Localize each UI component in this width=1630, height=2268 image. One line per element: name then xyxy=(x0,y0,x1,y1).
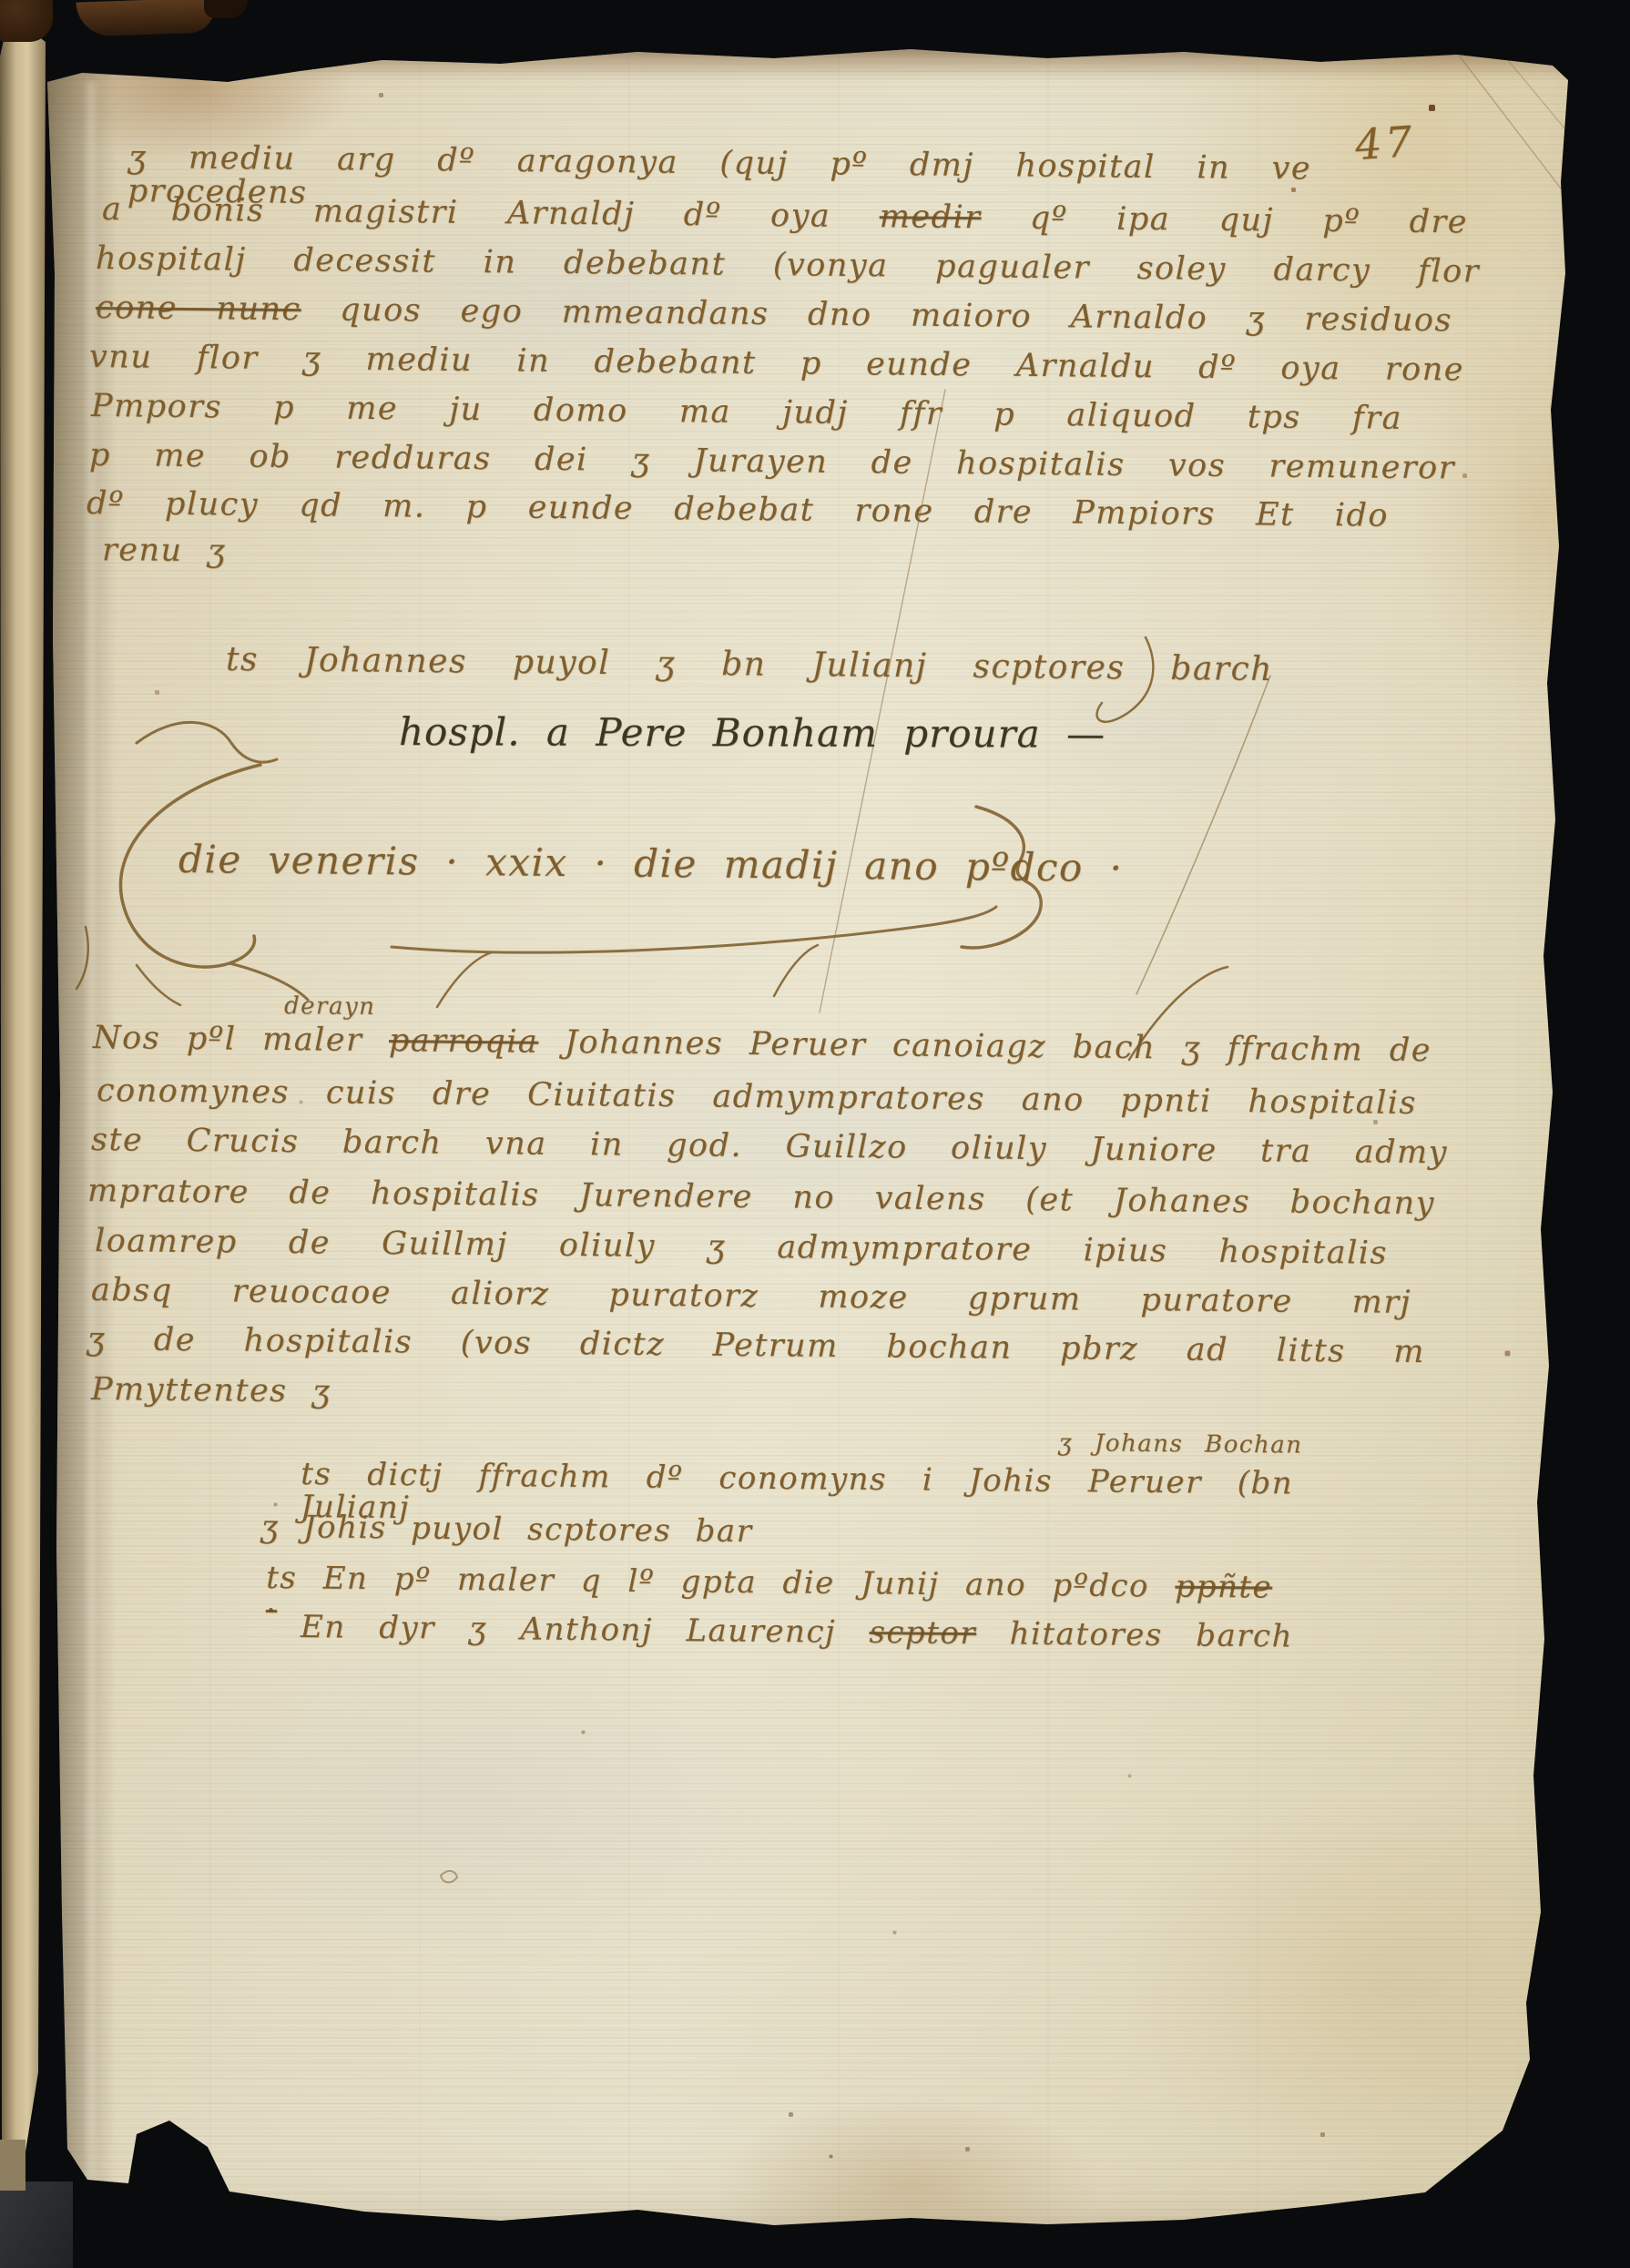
witness-note-1: ts Johannes puyol ʒ bn Julianj scptores … xyxy=(226,643,1273,687)
account-line-8: dº plucy qd m. p eunde debebat rone dre … xyxy=(87,487,1389,533)
slash-flourish-5 xyxy=(137,965,180,1005)
slash-flourish-2 xyxy=(774,945,818,996)
witness-long-descender xyxy=(1136,676,1270,994)
left-s-flourish xyxy=(137,722,277,762)
witness2-line-4-post: hitatores barch xyxy=(976,1615,1293,1654)
procura-note: hospl. a Pere Bonham proura — xyxy=(399,712,1105,755)
mandate-line-3: ste Crucis barch vna in god. Guillzo oli… xyxy=(91,1124,1448,1170)
mandate-line-4: mpratore de hospitalis Jurendere no vale… xyxy=(87,1175,1435,1221)
mandate-line-7: ʒ de hospitalis (vos dictz Petrum bochan… xyxy=(87,1323,1425,1369)
account-line-4-struck: cone nunc xyxy=(96,290,301,328)
binding-leather-remnant-2 xyxy=(76,0,215,37)
witness2-line-4-pre: En dyr ʒ Anthonj Laurencj xyxy=(301,1609,870,1651)
account-line-3: hospitalj decessit in debebant (vonya pa… xyxy=(96,242,1480,289)
witness2-line-3-pre: ts En pº maler q lº gpta die Junij ano p… xyxy=(266,1560,1176,1605)
account-line-7: p me ob redduras dei ʒ Jurayen de hospit… xyxy=(89,439,1455,485)
account-line-5: vnu flor ʒ mediu in debebant p eunde Arn… xyxy=(89,341,1464,387)
witness2-line-4: En dyr ʒ Anthonj Laurencj scptor hitator… xyxy=(301,1612,1293,1653)
previous-page-edge xyxy=(0,15,46,2192)
account-line-9: renu ʒ xyxy=(102,534,227,568)
mandate-line-1-pre: Nos pºl maler xyxy=(93,1020,389,1059)
slash-flourish-1 xyxy=(437,952,492,1007)
mandate-line-6: absq reuocaoe aliorz puratorz moze gprum… xyxy=(91,1274,1411,1320)
mandate-line-2: conomynes cuis dre Ciuitatis admymprator… xyxy=(97,1074,1417,1121)
mandate-line-1-post: Johannes Peruer canoiagz bach ʒ ffrachm … xyxy=(538,1024,1431,1069)
date-underline-sweep xyxy=(392,907,996,952)
folio-number: 47 xyxy=(1353,117,1417,170)
account-line-6: Pmpors p me ju domo ma judj ffr p aliquo… xyxy=(91,390,1402,436)
witness2-line-2: ʒ Johis puyol scptores bar xyxy=(260,1511,753,1549)
book-board-edge xyxy=(0,2182,73,2268)
photograph-stage: 47 ʒ mediu arg dº aragonya (quj pº dmj h… xyxy=(0,0,1630,2268)
mandate-line-5: loamrep de Guillmj oliuly ʒ admympratore… xyxy=(95,1225,1388,1270)
account-line-2-post: qº ipa quj pº dre xyxy=(981,199,1468,240)
account-line-4-post: quos ego mmeandans dno maioro Arnaldo ʒ … xyxy=(301,291,1452,339)
mandate-line-1-struck: parroqia xyxy=(389,1022,539,1061)
mandate-interlinear: derayn xyxy=(284,994,376,1020)
account-line-4: cone nunc quos ego mmeandans dno maioro … xyxy=(96,291,1452,338)
account-line-2-struck: medir xyxy=(880,198,982,236)
manuscript-page: 47 ʒ mediu arg dº aragonya (quj pº dmj h… xyxy=(0,0,1630,2268)
witness2-line-4-struck: scptor xyxy=(869,1614,976,1652)
diagonal-crease-mid xyxy=(820,390,945,1012)
binding-leather-remnant-3 xyxy=(204,0,248,18)
binding-leather-remnant-1 xyxy=(0,0,53,42)
witness2-interlinear: ʒ Johans Bochan xyxy=(1058,1431,1303,1459)
account-line-2-pre: a bonis magistri Arnaldj dº oya xyxy=(102,191,880,235)
book-board-tan-edge xyxy=(0,2140,25,2191)
date-line: die veneris · xxix · die madij ano pºdco… xyxy=(178,839,989,888)
mandate-line-1: Nos pºl maler parroqia Johannes Peruer c… xyxy=(93,1022,1431,1068)
top-edge-browning xyxy=(27,27,1612,80)
mandate-line-8: Pmyttentes ʒ xyxy=(91,1373,331,1409)
bottom-ink-mark xyxy=(441,1871,457,1883)
